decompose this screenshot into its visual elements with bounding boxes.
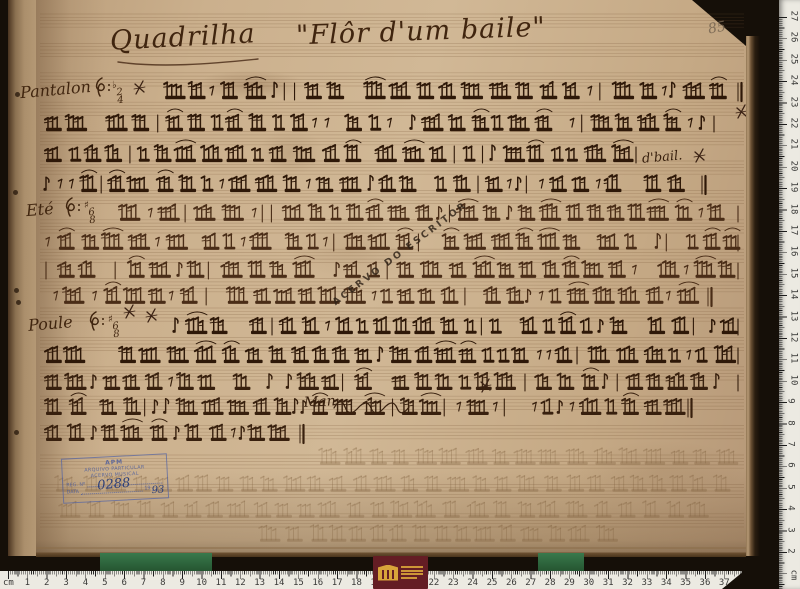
- ruler-number: 15: [788, 267, 798, 278]
- ruler-number: 22: [428, 578, 439, 588]
- ruler-number: 15: [293, 578, 304, 588]
- ruler-number: 2: [44, 578, 49, 588]
- ruler-number: 32: [622, 578, 633, 588]
- ruler-number: 13: [254, 578, 265, 588]
- archive-stamp: APM ARQUIVO PARTICULAR ACERVO MUSICAL RE…: [61, 453, 169, 503]
- ruler-number: 4: [786, 505, 796, 510]
- ruler-number: 10: [788, 374, 798, 385]
- ruler-number: 17: [788, 225, 798, 236]
- time-signature-ete: ♯68: [84, 200, 95, 225]
- ruler-number: 10: [196, 578, 207, 588]
- ruler-number: 14: [788, 289, 798, 300]
- copyist-signature: Man: [304, 393, 336, 411]
- ruler-number: 3: [63, 578, 68, 588]
- ruler-number: 11: [788, 353, 798, 364]
- ruler-number: 1: [25, 578, 30, 588]
- ruler-unit-label: cm: [3, 578, 14, 588]
- ruler-number: 8: [786, 420, 796, 425]
- section-label-poule: Poule: [27, 312, 73, 335]
- ruler-number: 20: [788, 160, 798, 171]
- ruler-number: 27: [525, 578, 536, 588]
- ruler-number: 24: [788, 75, 798, 86]
- green-felt-patch: [538, 553, 584, 572]
- ruler-number: 18: [351, 578, 362, 588]
- time-signature-poule: ♯68: [108, 314, 119, 339]
- reg-label: REG. Nº: [66, 482, 85, 488]
- ruler-number: 2: [786, 548, 796, 553]
- ruler-number: 30: [583, 578, 594, 588]
- ruler-number: 27: [788, 11, 798, 22]
- ruler-number: 13: [788, 310, 798, 321]
- vertical-ruler: 2726252423222120191817161514131211109876…: [779, 0, 800, 589]
- ruler-number: 12: [235, 578, 246, 588]
- time-lower: 8: [89, 217, 96, 226]
- ruler-number: 35: [680, 578, 691, 588]
- ruler-number: 12: [788, 332, 798, 343]
- ruler-number: 4: [83, 578, 88, 588]
- ruler-number: 31: [603, 578, 614, 588]
- ruler-number: 22: [788, 118, 798, 129]
- ruler-number: 24: [467, 578, 478, 588]
- ruler-number: 18: [788, 203, 798, 214]
- time-signature-pantalon: ♭24: [112, 80, 123, 105]
- building-icon: [378, 565, 398, 581]
- page-stack-edge: [746, 36, 779, 556]
- ruler-number: 9: [180, 578, 185, 588]
- ruler-number: 16: [312, 578, 323, 588]
- ruler-number: 25: [487, 578, 498, 588]
- ruler-number: 14: [274, 578, 285, 588]
- archive-logo: [373, 556, 428, 589]
- ruler-number: 28: [545, 578, 556, 588]
- ruler-number: 8: [160, 578, 165, 588]
- ruler-number: 19: [788, 182, 798, 193]
- ruler-number: 3: [786, 527, 796, 532]
- ruler-number: 5: [786, 484, 796, 489]
- horizontal-ruler: cm 1234567891011121314151617181920212223…: [0, 571, 742, 589]
- time-lower: 8: [113, 331, 120, 340]
- page-number: 85: [707, 19, 727, 38]
- ruler-number: 6: [786, 463, 796, 468]
- green-felt-patch: [100, 553, 212, 572]
- ruler-number: 6: [121, 578, 126, 588]
- section-label-ete: Eté: [25, 199, 54, 220]
- date-label: DATA: [67, 490, 80, 496]
- ruler-number: 36: [700, 578, 711, 588]
- ruler-number: 7: [786, 441, 796, 446]
- ruler-number: 7: [141, 578, 146, 588]
- stamp-year: 93: [151, 484, 164, 496]
- ruler-number: 23: [448, 578, 459, 588]
- ruler-number: 16: [788, 246, 798, 257]
- ruler-number: 34: [661, 578, 672, 588]
- ruler-number: 17: [332, 578, 343, 588]
- ruler-unit-label: cm: [788, 570, 798, 581]
- century: 19: [144, 486, 150, 491]
- ruler-number: 29: [564, 578, 575, 588]
- scanned-manuscript: Quadrilha "Flôr d'um baile" 85 Pantalon …: [0, 0, 800, 589]
- time-lower: 4: [117, 97, 124, 106]
- ruler-number: 9: [786, 398, 796, 403]
- ruler-number: 21: [788, 139, 798, 150]
- ruler-number: 5: [102, 578, 107, 588]
- registration-number: 0288: [97, 476, 131, 494]
- ruler-number: 25: [788, 53, 798, 64]
- logo-text-lines: [401, 566, 423, 579]
- ruler-number: 26: [788, 32, 798, 43]
- ruler-number: 23: [788, 96, 798, 107]
- ruler-number: 26: [506, 578, 517, 588]
- ruler-number: 33: [641, 578, 652, 588]
- ruler-number: 11: [216, 578, 227, 588]
